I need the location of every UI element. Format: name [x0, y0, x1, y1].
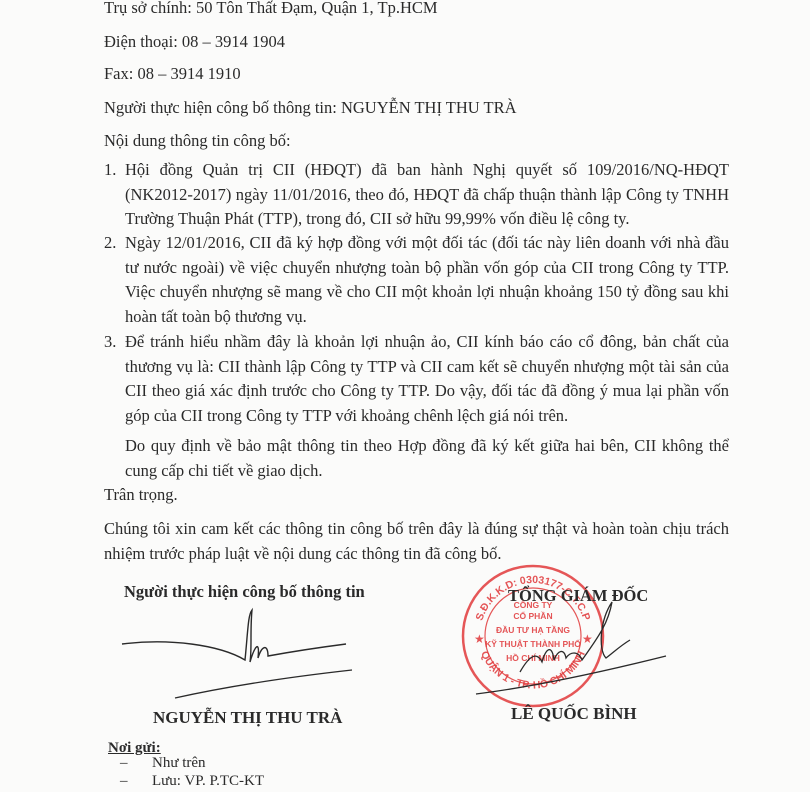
- item-3-number: 3.: [104, 332, 116, 352]
- regards-text: Trân trọng.: [104, 485, 178, 505]
- company-phone: Điện thoại: 08 – 3914 1904: [104, 32, 285, 52]
- company-fax: Fax: 08 – 3914 1910: [104, 64, 241, 84]
- confidentiality-note: Do quy định về bảo mật thông tin theo Hợ…: [125, 434, 729, 483]
- right-signer-name: LÊ QUỐC BÌNH: [511, 704, 637, 724]
- signature-right: [470, 600, 690, 700]
- recipient-bullet: –: [120, 755, 128, 772]
- left-signer-name: NGUYỄN THỊ THU TRÀ: [153, 708, 342, 728]
- recipient-item: Như trên: [152, 755, 206, 772]
- item-2-text: Ngày 12/01/2016, CII đã ký hợp đồng với …: [125, 231, 729, 329]
- signature-left: [100, 600, 360, 700]
- company-address: Trụ sở chính: 50 Tôn Thất Đạm, Quận 1, T…: [104, 0, 438, 18]
- recipient-item: Lưu: VP. P.TC-KT: [152, 773, 264, 790]
- item-2-number: 2.: [104, 233, 116, 253]
- item-3-text: Để tránh hiểu nhầm đây là khoản lợi nhuậ…: [125, 330, 729, 428]
- document-page: Trụ sở chính: 50 Tôn Thất Đạm, Quận 1, T…: [0, 0, 810, 792]
- commitment-text: Chúng tôi xin cam kết các thông tin công…: [104, 517, 729, 566]
- content-heading: Nội dung thông tin công bố:: [104, 131, 291, 151]
- item-1-text: Hội đồng Quản trị CII (HĐQT) đã ban hành…: [125, 158, 729, 232]
- recipient-bullet: –: [120, 773, 128, 790]
- item-1-number: 1.: [104, 160, 116, 180]
- discloser-line: Người thực hiện công bố thông tin: NGUYỄ…: [104, 98, 517, 118]
- left-signer-title: Người thực hiện công bố thông tin: [124, 582, 365, 602]
